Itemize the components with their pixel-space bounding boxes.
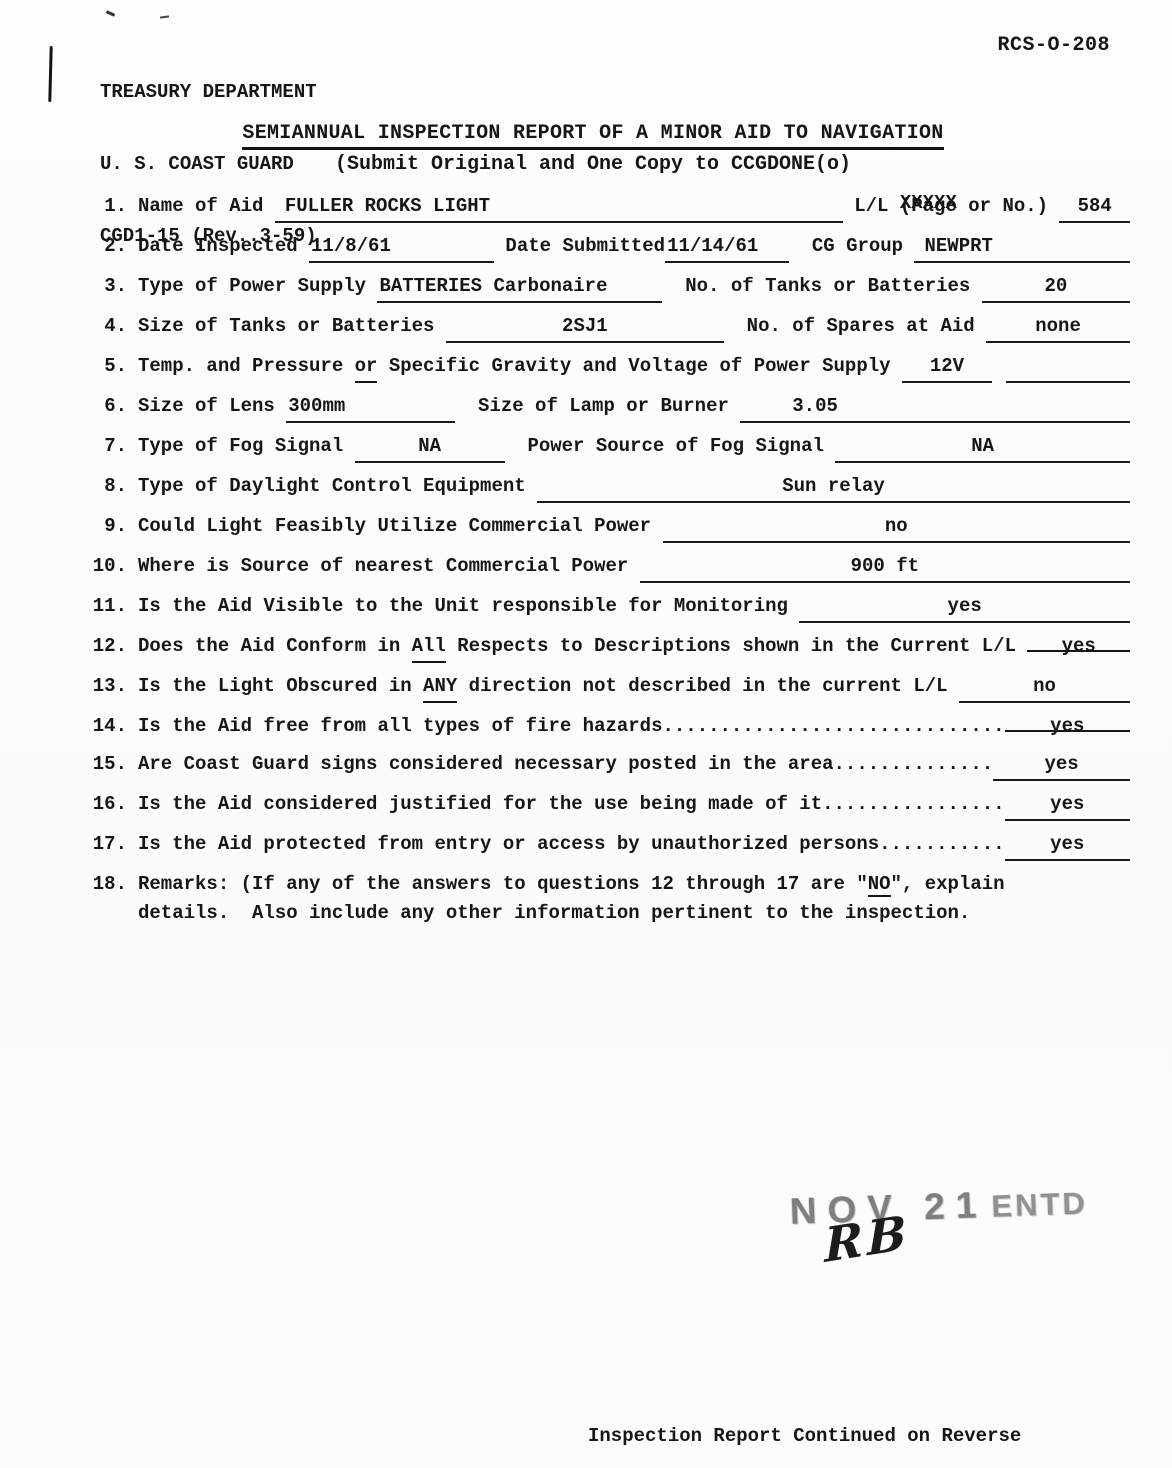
temp-pressure-label-pre: Temp. and Pressure [138, 351, 355, 381]
date-submitted-value: 11/14/61 [665, 231, 789, 263]
item-number: 4. [85, 311, 127, 341]
form-row-6: 6. Size of Lens 300mm Size of Lamp or Bu… [85, 391, 1130, 423]
form-row-18: 18. Remarks: (If any of the answers to q… [85, 869, 1130, 928]
item-number: 9. [85, 511, 127, 541]
form-row-8: 8. Type of Daylight Control Equipment Su… [85, 471, 1130, 503]
ll-label: L/L [843, 191, 900, 221]
title-block: SEMIANNUAL INSPECTION REPORT OF A MINOR … [0, 122, 1172, 176]
ink-speck [160, 15, 169, 18]
date-inspected-label: Date Inspected [138, 231, 309, 261]
power-supply-type-label: Type of Power Supply [138, 271, 377, 301]
form-subtitle: (Submit Original and One Copy to CCGDONE… [14, 153, 1172, 176]
item-number: 12. [85, 631, 127, 661]
form-row-2: 2. Date Inspected 11/8/61 Date Submitted… [85, 231, 1130, 263]
date-inspected-value: 11/8/61 [309, 231, 494, 263]
fire-hazards-value-struck: yes [1005, 711, 1130, 741]
remarks-post: ", explain [891, 873, 1005, 895]
commercial-power-label: Could Light Feasibly Utilize Commercial … [138, 511, 663, 541]
item-number: 6. [85, 391, 127, 421]
fog-signal-power-value: NA [835, 431, 1130, 463]
lens-size-label: Size of Lens [138, 391, 286, 421]
obscured-label-post: direction not described in the current L… [457, 671, 959, 701]
remarks-line2: details. Also include any other informat… [138, 899, 1005, 928]
tank-size-value: 2SJ1 [446, 311, 724, 343]
num-tanks-value: 20 [982, 271, 1130, 303]
form-row-4: 4. Size of Tanks or Batteries 2SJ1 No. o… [85, 311, 1130, 343]
form-row-16: 16. Is the Aid considered justified for … [85, 789, 1130, 821]
aid-visible-label: Is the Aid Visible to the Unit responsib… [138, 591, 799, 621]
conform-label-post: Respects to Descriptions shown in the Cu… [446, 631, 1028, 661]
item-number: 1. [85, 191, 127, 221]
page-word-overstruck: (PageXXXXX [900, 191, 957, 221]
item-number: 5. [85, 351, 127, 381]
item-number: 16. [85, 789, 127, 819]
form-row-12: 12. Does the Aid Conform in All Respects… [85, 631, 1130, 663]
commercial-power-value: no [663, 511, 1131, 543]
item-number: 15. [85, 749, 127, 779]
cg-signs-value: yes [993, 749, 1130, 781]
item-number: 18. [85, 869, 127, 899]
form-body: 1. Name of Aid FULLER ROCKS LIGHT L/L (P… [85, 191, 1130, 936]
empty-blank [1006, 351, 1130, 383]
form-row-13: 13. Is the Light Obscured in ANY directi… [85, 671, 1130, 703]
fire-hazards-label: Is the Aid free from all types of fire h… [138, 711, 663, 741]
voltage-value: 12V [902, 351, 992, 383]
item-number: 3. [85, 271, 127, 301]
justified-value: yes [1005, 789, 1130, 821]
any-underlined: ANY [423, 671, 457, 703]
protected-value: yes [1005, 829, 1130, 861]
item-number: 10. [85, 551, 127, 581]
all-underlined: All [412, 631, 446, 663]
dot-leader: ........... [879, 829, 1004, 859]
daylight-control-value: Sun relay [537, 471, 1130, 503]
form-row-3: 3. Type of Power Supply BATTERIES Carbon… [85, 271, 1130, 303]
scanned-form-page: TREASURY DEPARTMENT U. S. COAST GUARD CG… [0, 0, 1172, 1468]
form-row-10: 10. Where is Source of nearest Commercia… [85, 551, 1130, 583]
nearest-power-value: 900 ft [640, 551, 1130, 583]
dot-leader: .............................. [663, 711, 1005, 741]
form-row-1: 1. Name of Aid FULLER ROCKS LIGHT L/L (P… [85, 191, 1130, 223]
fog-signal-type-value: NA [355, 431, 505, 463]
nearest-power-label: Where is Source of nearest Commercial Po… [138, 551, 640, 581]
protected-label: Is the Aid protected from entry or acces… [138, 829, 879, 859]
cg-group-value: NEWPRT [914, 231, 1130, 263]
footer-note: Inspection Report Continued on Reverse [588, 1425, 1021, 1447]
obscured-value: no [959, 671, 1130, 703]
num-tanks-label: No. of Tanks or Batteries [662, 271, 981, 301]
power-supply-type-value: BATTERIES Carbonaire [377, 271, 662, 303]
justified-label: Is the Aid considered justified for the … [138, 789, 822, 819]
fog-signal-type-label: Type of Fog Signal [138, 431, 355, 461]
dot-leader: .............. [834, 749, 994, 779]
daylight-control-label: Type of Daylight Control Equipment [138, 471, 537, 501]
cg-group-label: CG Group [789, 231, 914, 261]
spares-label: No. of Spares at Aid [724, 311, 986, 341]
form-row-15: 15. Are Coast Guard signs considered nec… [85, 749, 1130, 781]
aid-visible-value: yes [799, 591, 1130, 623]
conform-label-pre: Does the Aid Conform in [138, 631, 412, 661]
cg-signs-label: Are Coast Guard signs considered necessa… [138, 749, 834, 779]
date-received-stamp: NOV 21ENTD [771, 1163, 1089, 1252]
item-number: 7. [85, 431, 127, 461]
remarks-pre: Remarks: (If any of the answers to quest… [138, 873, 868, 895]
fog-signal-power-label: Power Source of Fog Signal [505, 431, 836, 461]
item-number: 17. [85, 829, 127, 859]
temp-pressure-label-post: Specific Gravity and Voltage of Power Su… [377, 351, 902, 381]
tank-size-label: Size of Tanks or Batteries [138, 311, 446, 341]
form-row-5: 5. Temp. and Pressure or Specific Gravit… [85, 351, 1130, 383]
form-row-7: 7. Type of Fog Signal NA Power Source of… [85, 431, 1130, 463]
form-row-9: 9. Could Light Feasibly Utilize Commerci… [85, 511, 1130, 543]
item-number: 2. [85, 231, 127, 261]
ll-number-value: 584 [1059, 191, 1130, 223]
form-title: SEMIANNUAL INSPECTION REPORT OF A MINOR … [242, 122, 943, 150]
name-of-aid-value: FULLER ROCKS LIGHT [275, 191, 843, 223]
form-row-14: 14. Is the Aid free from all types of fi… [85, 711, 1130, 741]
form-row-17: 17. Is the Aid protected from entry or a… [85, 829, 1130, 861]
spares-value: none [986, 311, 1130, 343]
rcs-code: RCS-O-208 [997, 34, 1110, 57]
item-number: 11. [85, 591, 127, 621]
or-no-label: or No.) [957, 191, 1060, 221]
obscured-label-pre: Is the Light Obscured in [138, 671, 423, 701]
form-row-11: 11. Is the Aid Visible to the Unit respo… [85, 591, 1130, 623]
margin-ink-mark [48, 46, 52, 102]
remarks-text: Remarks: (If any of the answers to quest… [138, 870, 1005, 928]
item-number: 8. [85, 471, 127, 501]
lamp-size-value: 3.05 [740, 391, 1130, 423]
lamp-size-label: Size of Lamp or Burner [455, 391, 740, 421]
name-of-aid-label: Name of Aid [138, 191, 275, 221]
conform-value-struck: yes [1027, 631, 1130, 661]
overstrike-xxxx: XXXXX [900, 188, 957, 218]
ink-speck [106, 10, 115, 17]
lens-size-value: 300mm [286, 391, 455, 423]
agency-name-line1: TREASURY DEPARTMENT [100, 80, 317, 104]
no-underlined: NO [868, 873, 891, 897]
item-number: 13. [85, 671, 127, 701]
or-underlined: or [355, 351, 378, 383]
date-submitted-label: Date Submitted [494, 231, 665, 261]
item-number: 14. [85, 711, 127, 741]
dot-leader: ................ [822, 789, 1004, 819]
stamp-entd: ENTD [991, 1185, 1089, 1223]
